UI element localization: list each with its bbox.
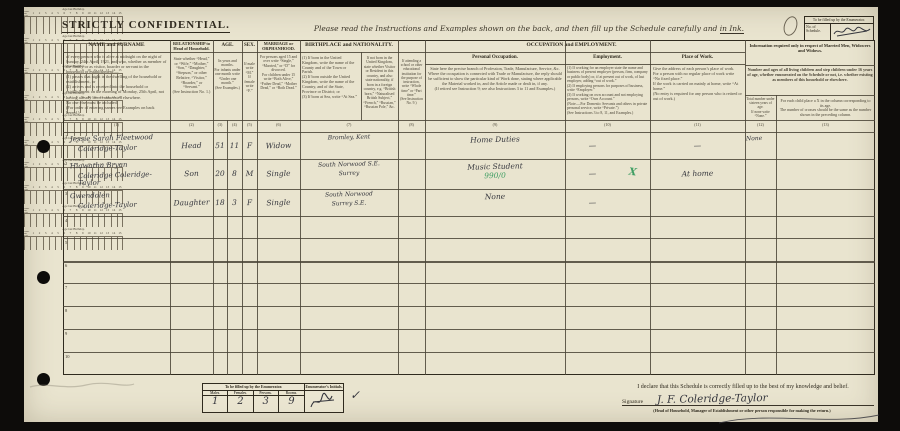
col-header-age: AGE. <box>213 43 242 48</box>
relationship-entry: Daughter <box>170 198 213 207</box>
col-note-birthplace-uk: (1) If born in the United Kingdom, write… <box>302 56 358 99</box>
instruction-ink-emphasis: in Ink. <box>720 24 744 34</box>
column-number: (9) <box>425 122 565 127</box>
grid-line-vertical <box>565 40 566 375</box>
grid-line-horizontal <box>63 238 875 239</box>
col-header-married-band: Information required only in respect of … <box>746 43 874 53</box>
sex-entry: M <box>242 170 257 178</box>
col-header-birthplace: BIRTHPLACE and NATIONALITY. <box>300 42 398 48</box>
classification-heading: STRICTLY CONFIDENTIAL. <box>62 19 230 33</box>
pen-stroke-flourish <box>714 409 884 427</box>
grid-line-horizontal <box>63 216 875 217</box>
col-note-employment: (1) If working for an employer state the… <box>567 66 648 115</box>
column-number: (3) <box>213 122 227 127</box>
col-note-place-of-work: Give the address of each person’s place … <box>653 67 742 102</box>
grid-line-vertical <box>242 40 243 375</box>
col-note-children-grid: For each child place a X in the column c… <box>779 99 872 118</box>
column-number: (5) <box>242 122 257 127</box>
grid-line-vertical <box>650 40 651 375</box>
grid-line-horizontal <box>63 306 875 307</box>
column-number: (2) <box>170 122 213 127</box>
signature-block: Signature J. F. Coleridge-Taylor <box>622 393 874 406</box>
grid-line-horizontal <box>63 283 875 284</box>
employment-entry: — <box>565 198 620 207</box>
grid-line-vertical <box>170 40 171 375</box>
schedule-paper: STRICTLY CONFIDENTIAL. Please read the I… <box>24 7 878 422</box>
grid-line-horizontal <box>63 132 875 133</box>
col-note-birthplace-foreign: If not born in the United Kingdom, state… <box>363 56 396 110</box>
grid-line-horizontal <box>63 120 875 121</box>
grid-line-horizontal <box>63 189 875 190</box>
enumerator-col-males: Males. <box>203 391 228 395</box>
grid-line-horizontal <box>63 329 875 330</box>
enumerator-males-value: 1 <box>203 396 228 412</box>
col-header-relationship: RELATIONSHIP to Head of Household. <box>170 41 213 51</box>
col-note-children-header: Number and ages of all living children a… <box>747 68 873 82</box>
col-note-personal-occupation: State here the precise branch of Profess… <box>428 67 562 92</box>
punch-hole <box>37 140 50 153</box>
relationship-entry: Son <box>170 169 213 178</box>
column-number: (12) <box>745 122 776 127</box>
age-years-entry: 18 <box>213 198 227 206</box>
children-total-entry: None <box>746 136 775 143</box>
row-number: 8 <box>65 308 73 313</box>
row-number: 7 <box>65 285 73 290</box>
employment-entry: — <box>565 141 620 150</box>
enumerator-box: To be filled up by the Enumerator. Males… <box>202 383 344 413</box>
col-header-employment: Employment. <box>565 55 650 60</box>
grid-line-horizontal <box>745 95 875 96</box>
col-note-children-total: Total number under sixteen years of age.… <box>746 97 775 118</box>
col-header-marriage: MARRIAGE or ORPHANHOOD. <box>257 41 300 51</box>
relationship-entry: Head <box>170 141 213 150</box>
column-number: (11) <box>650 122 745 127</box>
enumerator-females-value: 2 <box>228 396 253 412</box>
grid-line-vertical <box>745 40 746 375</box>
signature-handwriting: J. F. Coleridge-Taylor <box>657 392 768 406</box>
pencil-scribble <box>26 375 138 395</box>
marriage-entry: Single <box>257 169 300 178</box>
oval-mark <box>781 14 800 37</box>
fill-in-ink-instruction: Please read the Instructions and Example… <box>279 24 779 33</box>
col-note-sex: If male write “M.” If female write “F.” <box>243 62 256 93</box>
declaration-text: I declare that this Schedule is correctl… <box>610 384 876 390</box>
age-years-entry: 51 <box>213 141 227 149</box>
enumerator-col-rooms: Rooms. <box>279 391 304 395</box>
marriage-entry: Widow <box>257 141 300 150</box>
grid-line-vertical <box>257 40 258 375</box>
instruction-text: Please read the Instructions and Example… <box>314 24 720 33</box>
col-header-personal-occupation: Personal Occupation. <box>425 55 565 60</box>
grid-line-horizontal <box>63 261 875 263</box>
schedule-number-box: To be filled up by the Enumerator. No. o… <box>804 16 874 41</box>
column-number: (10) <box>565 122 650 127</box>
col-header-name: NAME and SURNAME <box>63 42 170 48</box>
grid-line-horizontal <box>745 65 875 66</box>
enumerator-rooms-value: 9 <box>279 396 304 412</box>
schedule-number-scrawl <box>831 24 873 40</box>
grid-line-horizontal <box>63 352 875 353</box>
col-note-relationship: State whether “Head,” or “Wife,” “Mother… <box>172 57 211 95</box>
name-entry-line2: Coleridge Coleridge-Taylor <box>78 171 170 187</box>
sex-entry: F <box>242 141 257 149</box>
grid-line-vertical <box>398 40 399 375</box>
grid-line-horizontal <box>63 159 875 160</box>
row-number: 4 <box>65 218 73 223</box>
row-number: 10 <box>65 354 73 359</box>
age-months-entry: 8 <box>227 170 242 178</box>
enumerator-initials-title: Enumerator’s Initials. <box>305 384 343 391</box>
punch-hole <box>37 271 50 284</box>
col-note-school: If attending a school or other education… <box>400 59 423 106</box>
grid-line-horizontal <box>63 52 745 53</box>
row-number: 6 <box>65 263 73 268</box>
col-header-place-of-work: Place of Work. <box>650 55 745 60</box>
column-number: (7) <box>300 122 398 127</box>
enumerator-checkmark: ✓ <box>350 389 360 401</box>
column-number: (4) <box>227 122 242 127</box>
sex-entry: F <box>242 198 257 206</box>
schedule-number-label: No. of Schedule. <box>805 24 831 40</box>
column-number: (8) <box>398 122 425 127</box>
signature-label: Signature <box>622 399 643 405</box>
enumerator-initials-scrawl <box>305 391 341 411</box>
employment-entry: — <box>565 169 620 178</box>
col-note-marriage: For persons aged 15 and over write “Sing… <box>258 55 299 91</box>
age-months-entry: 3 <box>227 198 242 206</box>
marriage-entry: Single <box>257 198 300 207</box>
enumerator-col-persons: Persons. <box>254 391 279 395</box>
grid-line-vertical <box>776 95 777 375</box>
col-note-name: of every person who is alive at midnight… <box>66 54 167 115</box>
column-number: (1) <box>63 122 170 127</box>
row-number: 5 <box>65 240 73 245</box>
age-months-entry: 11 <box>227 141 242 149</box>
col-header-sex: SEX. <box>242 43 257 48</box>
age-years-entry: 20 <box>213 170 227 178</box>
enumerator-col-females: Females. <box>228 391 253 395</box>
col-note-age: In years and months. For infants under o… <box>214 59 241 90</box>
col-header-occupation-band: OCCUPATION and EMPLOYMENT. <box>398 42 745 48</box>
column-number: (13) <box>776 122 875 127</box>
row-number: 9 <box>65 331 73 336</box>
grid-line-vertical <box>213 40 214 375</box>
grid-line-vertical <box>425 40 426 375</box>
grid-line-vertical <box>361 52 362 120</box>
grid-line-horizontal <box>425 64 745 65</box>
enumerator-box-title: To be filled up by the Enumerator. <box>203 384 304 391</box>
enumerator-persons-value: 3 <box>254 396 279 412</box>
column-number: (6) <box>257 122 300 127</box>
schedule-number-box-title: To be filled up by the Enumerator. <box>805 17 873 24</box>
